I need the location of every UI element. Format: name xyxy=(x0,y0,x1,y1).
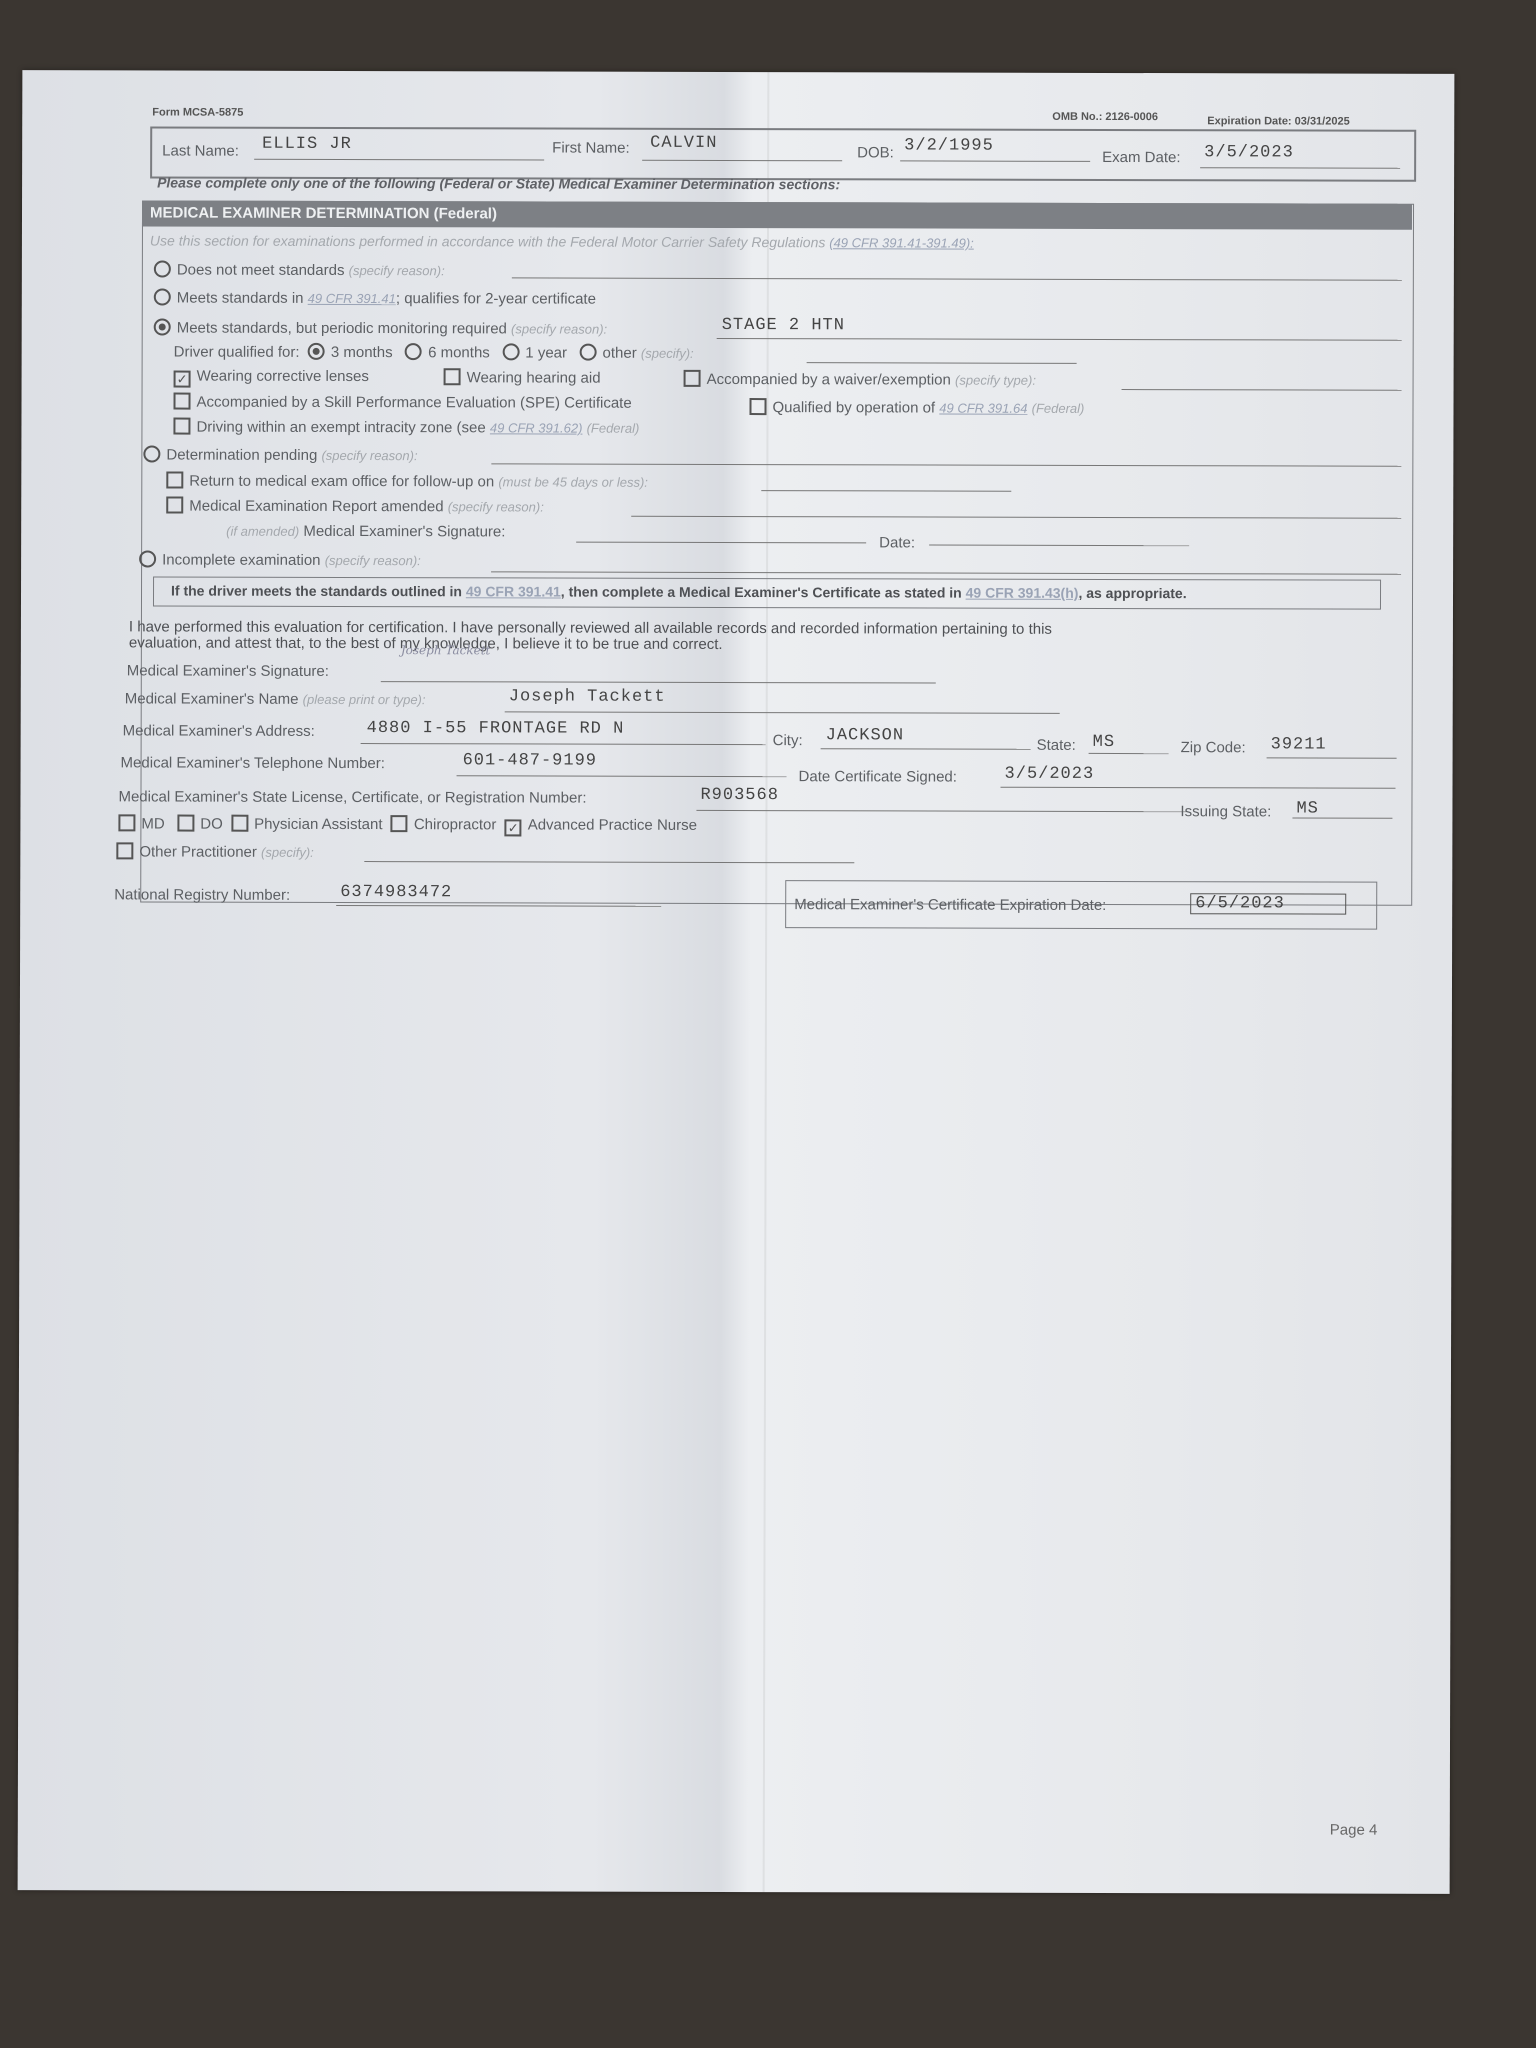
qualified-1-year[interactable]: 1 year xyxy=(502,344,567,361)
qualified-6-months[interactable]: 6 months xyxy=(405,344,490,361)
checkbox-icon[interactable] xyxy=(177,815,194,832)
examiner-address-value[interactable]: 4880 I-55 FRONTAGE RD N xyxy=(367,719,625,739)
instruction-text: Please complete only one of the followin… xyxy=(157,174,840,192)
examiner-signature-label: Medical Examiner's Signature: xyxy=(127,662,329,680)
cfr-link-391-41[interactable]: 49 CFR 391.41 xyxy=(308,291,396,306)
cert-expiration-value[interactable]: 6/5/2023 xyxy=(1190,893,1346,914)
radio-icon[interactable] xyxy=(405,343,422,360)
cert-expiration-label: Medical Examiner's Certificate Expiratio… xyxy=(794,896,1106,914)
radio-icon[interactable] xyxy=(502,343,519,360)
amended-date-label: Date: xyxy=(879,534,915,551)
qualified-for-row: Driver qualified for: 3 months 6 months … xyxy=(174,343,694,362)
form-expiration: Expiration Date: 03/31/2025 xyxy=(1207,115,1349,127)
credential-row: MD DO Physician Assistant Chiropractor ✓… xyxy=(118,814,697,837)
first-name-value[interactable]: CALVIN xyxy=(650,134,717,153)
dob-label: DOB: xyxy=(857,144,894,161)
radio-selected-icon[interactable] xyxy=(308,343,325,360)
check-spe-certificate[interactable]: Accompanied by a Skill Performance Evalu… xyxy=(173,393,631,412)
zip-label: Zip Code: xyxy=(1181,739,1246,756)
checkbox-icon[interactable] xyxy=(749,398,766,415)
option-determination-pending[interactable]: Determination pending (specify reason): xyxy=(143,445,417,464)
checkbox-icon[interactable] xyxy=(118,814,135,831)
zip-value[interactable]: 39211 xyxy=(1271,735,1327,754)
checkbox-icon[interactable] xyxy=(116,842,133,859)
credential-advanced-practice-nurse[interactable]: ✓Advanced Practice Nurse xyxy=(505,816,697,834)
date-signed-label: Date Certificate Signed: xyxy=(799,768,957,785)
checkbox-icon[interactable] xyxy=(684,370,701,387)
check-hearing-aid[interactable]: Wearing hearing aid xyxy=(444,368,601,386)
registry-label: National Registry Number: xyxy=(114,886,290,903)
check-report-amended[interactable]: Medical Examination Report amended (spec… xyxy=(166,497,544,516)
examiner-name-label: Medical Examiner's Name (please print or… xyxy=(125,690,426,708)
checkbox-checked-icon[interactable]: ✓ xyxy=(174,371,191,388)
check-return-office[interactable]: Return to medical exam office for follow… xyxy=(166,472,648,491)
radio-icon[interactable] xyxy=(580,344,597,361)
city-value[interactable]: JACKSON xyxy=(826,726,904,745)
page-number: Page 4 xyxy=(1330,1822,1378,1839)
checkbox-icon[interactable] xyxy=(173,418,190,435)
credential-do[interactable]: DO xyxy=(177,816,223,833)
amended-signature-label: (if amended) Medical Examiner's Signatur… xyxy=(226,523,505,541)
checkbox-icon[interactable] xyxy=(231,815,248,832)
cfr-link-391-41-notice[interactable]: 49 CFR 391.41 xyxy=(466,583,561,599)
radio-icon[interactable] xyxy=(154,260,171,277)
check-intracity-zone[interactable]: Driving within an exempt intracity zone … xyxy=(173,418,639,437)
qualified-3-months[interactable]: 3 months xyxy=(308,344,393,361)
checkbox-icon[interactable] xyxy=(173,393,190,410)
dob-value[interactable]: 3/2/1995 xyxy=(904,136,994,155)
examiner-phone-label: Medical Examiner's Telephone Number: xyxy=(121,754,385,772)
first-name-label: First Name: xyxy=(552,140,630,157)
check-corrective-lenses[interactable]: ✓Wearing corrective lenses xyxy=(174,368,369,389)
examiner-address-label: Medical Examiner's Address: xyxy=(123,722,315,740)
cfr-link-391-41-49[interactable]: (49 CFR 391.41-391.49): xyxy=(829,235,974,250)
credential-md[interactable]: MD xyxy=(118,815,164,832)
checkbox-icon[interactable] xyxy=(166,497,183,514)
state-value[interactable]: MS xyxy=(1093,733,1115,752)
omb-number: OMB No.: 2126-0006 xyxy=(1052,111,1158,123)
federal-intro: Use this section for examinations perfor… xyxy=(150,232,974,250)
radio-icon[interactable] xyxy=(154,288,171,305)
city-label: City: xyxy=(773,732,803,749)
last-name-value[interactable]: ELLIS JR xyxy=(262,135,352,154)
option-does-not-meet[interactable]: Does not meet standards (specify reason)… xyxy=(154,260,445,279)
issuing-state-value[interactable]: MS xyxy=(1296,799,1318,818)
check-qualified-operation[interactable]: Qualified by operation of 49 CFR 391.64 … xyxy=(749,398,1084,417)
exam-date-label: Exam Date: xyxy=(1102,149,1180,166)
certificate-notice: If the driver meets the standards outlin… xyxy=(171,583,1187,602)
state-label: State: xyxy=(1037,737,1076,754)
other-practitioner[interactable]: Other Practitioner (specify): xyxy=(116,842,313,861)
qualified-other[interactable]: other (specify): xyxy=(580,345,694,362)
exam-date-value[interactable]: 3/5/2023 xyxy=(1204,143,1294,162)
cfr-link-391-62[interactable]: 49 CFR 391.62) xyxy=(490,420,583,435)
federal-section-title: MEDICAL EXAMINER DETERMINATION (Federal) xyxy=(142,200,1412,229)
form-page: Form MCSA-5875 OMB No.: 2126-0006 Expira… xyxy=(18,70,1455,1894)
cfr-link-391-43h[interactable]: 49 CFR 391.43(h) xyxy=(966,585,1079,601)
examiner-phone-value[interactable]: 601-487-9199 xyxy=(463,751,597,770)
checkbox-icon[interactable] xyxy=(391,815,408,832)
date-signed-value[interactable]: 3/5/2023 xyxy=(1005,765,1095,784)
issuing-state-label: Issuing State: xyxy=(1180,803,1271,820)
cfr-link-391-64[interactable]: 49 CFR 391.64 xyxy=(939,401,1027,416)
registry-value[interactable]: 6374983472 xyxy=(340,883,452,902)
license-label: Medical Examiner's State License, Certif… xyxy=(118,788,586,806)
credential-physician-assistant[interactable]: Physician Assistant xyxy=(231,816,382,833)
radio-icon[interactable] xyxy=(143,445,160,462)
radio-icon[interactable] xyxy=(139,550,156,567)
check-waiver[interactable]: Accompanied by a waiver/exemption (speci… xyxy=(684,370,1036,389)
credential-chiropractor[interactable]: Chiropractor xyxy=(391,816,497,833)
option-incomplete-exam[interactable]: Incomplete examination (specify reason): xyxy=(139,550,421,569)
license-value[interactable]: R903568 xyxy=(700,786,778,805)
option-periodic-monitoring[interactable]: Meets standards, but periodic monitoring… xyxy=(154,318,607,337)
radio-selected-icon[interactable] xyxy=(154,318,171,335)
examiner-signature-scribble: Joseph Tackett xyxy=(401,643,491,657)
checkbox-checked-icon[interactable]: ✓ xyxy=(505,819,522,836)
option-meets-standards[interactable]: Meets standards in 49 CFR 391.41; qualif… xyxy=(154,288,596,307)
examiner-name-value[interactable]: Joseph Tackett xyxy=(509,687,666,706)
checkbox-icon[interactable] xyxy=(166,472,183,489)
checkbox-icon[interactable] xyxy=(444,368,461,385)
periodic-reason-value[interactable]: STAGE 2 HTN xyxy=(722,316,845,335)
last-name-label: Last Name: xyxy=(162,142,239,159)
form-id: Form MCSA-5875 xyxy=(152,106,243,118)
